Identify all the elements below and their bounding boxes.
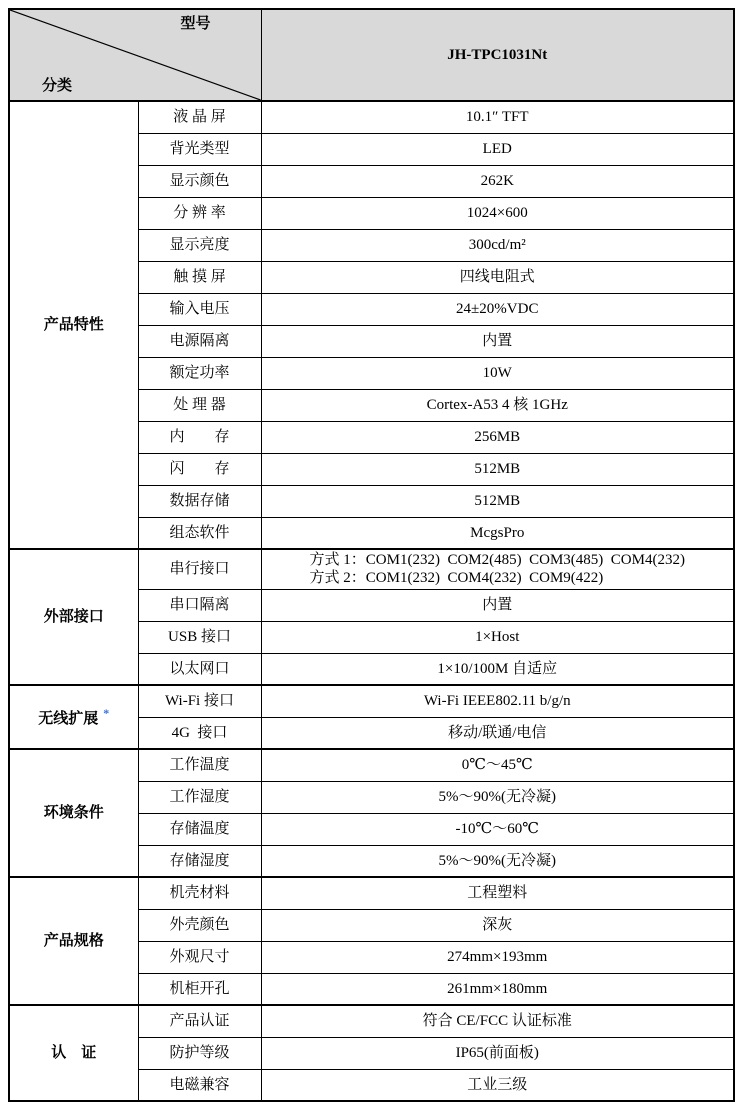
spec-value-cell: 1024×600 [261, 197, 734, 229]
spec-label-cell: 背光类型 [138, 133, 261, 165]
header-model-value: JH-TPC1031Nt [261, 9, 734, 101]
category-cell: 产品规格 [9, 877, 138, 1005]
spec-label-cell: 4G 接口 [138, 717, 261, 749]
spec-label-cell: 机壳材料 [138, 877, 261, 909]
spec-label-cell: 工作湿度 [138, 781, 261, 813]
spec-label-cell: Wi-Fi 接口 [138, 685, 261, 717]
spec-table-body: 产品特性液 晶 屏10.1″ TFT背光类型LED显示颜色262K分 辨 率10… [9, 101, 734, 1101]
spec-value-cell: 300cd/m² [261, 229, 734, 261]
spec-value-cell: 512MB [261, 485, 734, 517]
spec-label-cell: USB 接口 [138, 621, 261, 653]
spec-sheet-page: 型号 分类 JH-TPC1031Nt 产品特性液 晶 屏10.1″ TFT背光类… [0, 0, 741, 1059]
spec-value-cell: 274mm×193mm [261, 941, 734, 973]
spec-value-cell: 内置 [261, 589, 734, 621]
spec-row: 无线扩展*Wi-Fi 接口Wi-Fi IEEE802.11 b/g/n [9, 685, 734, 717]
spec-table: 型号 分类 JH-TPC1031Nt 产品特性液 晶 屏10.1″ TFT背光类… [8, 8, 735, 1102]
spec-value-cell: 1×10/100M 自适应 [261, 653, 734, 685]
spec-label-cell: 外壳颜色 [138, 909, 261, 941]
spec-label-cell: 分 辨 率 [138, 197, 261, 229]
spec-value-cell: 256MB [261, 421, 734, 453]
spec-label-cell: 组态软件 [138, 517, 261, 549]
spec-label-cell: 串口隔离 [138, 589, 261, 621]
spec-value-cell: 512MB [261, 453, 734, 485]
category-label: 产品特性 [44, 317, 104, 333]
spec-label-cell: 显示颜色 [138, 165, 261, 197]
spec-value-cell: Wi-Fi IEEE802.11 b/g/n [261, 685, 734, 717]
category-cell: 无线扩展* [9, 685, 138, 749]
spec-label-cell: 存储湿度 [138, 845, 261, 877]
category-label: 产品规格 [44, 933, 104, 949]
spec-value-cell: Cortex-A53 4 核 1GHz [261, 389, 734, 421]
spec-value-cell: 深灰 [261, 909, 734, 941]
spec-label-cell: 额定功率 [138, 357, 261, 389]
spec-value-cell: 1×Host [261, 621, 734, 653]
spec-value-cell: 5%～90%(无冷凝) [261, 845, 734, 877]
category-label: 环境条件 [44, 805, 104, 821]
spec-label-cell: 输入电压 [138, 293, 261, 325]
spec-value-cell: 方式 1：COM1(232) COM2(485) COM3(485) COM4(… [261, 549, 734, 589]
spec-value-cell: McgsPro [261, 517, 734, 549]
spec-label-cell: 电磁兼容 [138, 1069, 261, 1101]
spec-value-multiline: 方式 1：COM1(232) COM2(485) COM3(485) COM4(… [310, 551, 685, 587]
header-diagonal-cell: 型号 分类 [9, 9, 261, 101]
spec-label-cell: 存储温度 [138, 813, 261, 845]
spec-row: 认 证产品认证符合 CE/FCC 认证标准 [9, 1005, 734, 1037]
spec-label-cell: 产品认证 [138, 1005, 261, 1037]
spec-label-cell: 外观尺寸 [138, 941, 261, 973]
spec-value-cell: 10.1″ TFT [261, 101, 734, 133]
header-row: 型号 分类 JH-TPC1031Nt [9, 9, 734, 101]
spec-label-cell: 内 存 [138, 421, 261, 453]
spec-value-cell: -10℃～60℃ [261, 813, 734, 845]
spec-value-cell: 移动/联通/电信 [261, 717, 734, 749]
spec-value-cell: 5%～90%(无冷凝) [261, 781, 734, 813]
category-label: 无线扩展 [38, 711, 98, 727]
category-cell: 产品特性 [9, 101, 138, 549]
spec-value-cell: IP65(前面板) [261, 1037, 734, 1069]
spec-value-cell: 0℃～45℃ [261, 749, 734, 781]
spec-row: 产品特性液 晶 屏10.1″ TFT [9, 101, 734, 133]
footnote-asterisk: * [103, 706, 109, 720]
spec-label-cell: 以太网口 [138, 653, 261, 685]
spec-label-cell: 机柜开孔 [138, 973, 261, 1005]
spec-row: 环境条件工作温度0℃～45℃ [9, 749, 734, 781]
spec-label-cell: 显示亮度 [138, 229, 261, 261]
spec-value-cell: 内置 [261, 325, 734, 357]
spec-row: 产品规格机壳材料工程塑料 [9, 877, 734, 909]
spec-value-cell: 24±20%VDC [261, 293, 734, 325]
spec-value-cell: 10W [261, 357, 734, 389]
spec-value-cell: 261mm×180mm [261, 973, 734, 1005]
header-category-label: 分类 [42, 77, 72, 95]
spec-label-cell: 触 摸 屏 [138, 261, 261, 293]
spec-value-cell: LED [261, 133, 734, 165]
spec-label-cell: 处 理 器 [138, 389, 261, 421]
spec-value-cell: 262K [261, 165, 734, 197]
category-cell: 认 证 [9, 1005, 138, 1101]
spec-row: 外部接口串行接口方式 1：COM1(232) COM2(485) COM3(48… [9, 549, 734, 589]
spec-value-cell: 符合 CE/FCC 认证标准 [261, 1005, 734, 1037]
category-label: 认 证 [51, 1045, 96, 1061]
category-cell: 环境条件 [9, 749, 138, 877]
spec-value-cell: 四线电阻式 [261, 261, 734, 293]
header-model-label: 型号 [180, 15, 210, 33]
spec-label-cell: 串行接口 [138, 549, 261, 589]
category-cell: 外部接口 [9, 549, 138, 685]
spec-label-cell: 防护等级 [138, 1037, 261, 1069]
spec-label-cell: 工作温度 [138, 749, 261, 781]
spec-label-cell: 电源隔离 [138, 325, 261, 357]
category-label: 外部接口 [44, 609, 104, 625]
spec-label-cell: 液 晶 屏 [138, 101, 261, 133]
spec-label-cell: 闪 存 [138, 453, 261, 485]
spec-value-cell: 工程塑料 [261, 877, 734, 909]
spec-value-cell: 工业三级 [261, 1069, 734, 1101]
spec-label-cell: 数据存储 [138, 485, 261, 517]
